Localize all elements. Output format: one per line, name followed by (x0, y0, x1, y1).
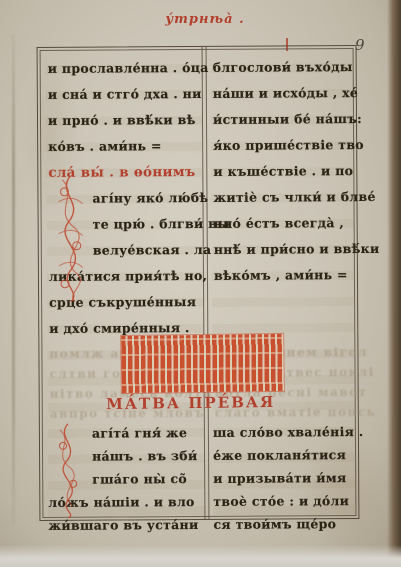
text-line: вѣко́мъ , ами́нь = (214, 262, 355, 289)
text-line: нно́ е́стъ всегда̀ , (214, 210, 355, 237)
manuscript-photo: у́трнѣа̀ . 9 и прославле́нна . о́ца и сн… (0, 0, 401, 567)
text-line: и къше́ствіе . и по (213, 158, 354, 185)
prayer-heading: ма́тва пре́вая (106, 393, 276, 413)
vyaz-headpiece-ornament (121, 334, 284, 393)
text-line: блгослови́ въхо́ды (213, 54, 354, 81)
text-line: твоѐ сто́е : и до́ли (213, 489, 356, 513)
text-line: на́ши и исхо́ды , хе́ (213, 80, 354, 107)
right-column: блгослови́ въхо́ды на́ши и исхо́ды , хе́… (211, 46, 357, 519)
interlaced-initial-ornament (50, 172, 91, 304)
text-line: и́стинныи бе́ на́шъ: (213, 106, 354, 133)
running-header: у́трнѣа̀ . (130, 12, 280, 27)
folio-number: 9 (355, 36, 375, 54)
text-line: я́ко прише́ствіе тво (213, 132, 354, 159)
text-line: и прославле́нна . о́ца (48, 55, 202, 82)
right-column-text: блгослови́ въхо́ды на́ши и исхо́ды , хе́… (213, 54, 355, 289)
text-line: ся твои́мъ ще́ро (213, 512, 356, 536)
text-line: и сна́ и стго́ дха . ни (48, 81, 202, 108)
photo-bottom-surface (0, 545, 401, 567)
text-line: ша сло́во хвале́нія . (213, 420, 356, 444)
left-column: и прославле́нна . о́ца и сна́ и стго́ дх… (46, 47, 205, 520)
book-fore-edge (387, 0, 401, 567)
text-line: и призыва́ти и́мя (213, 466, 356, 490)
page-crease (12, 34, 15, 524)
text-line: ннѣ́ и при́сно и ввѣ́ки (214, 236, 355, 263)
text-line: житіѐ съ члки́ и блве́ (213, 184, 354, 211)
text-line: ко́въ . ами́нь = (48, 133, 202, 160)
ruled-text-frame: и прославле́нна . о́ца и сна́ и стго́ дх… (37, 45, 360, 521)
text-line: е́же покланя́тися (213, 443, 356, 467)
text-line: и прно́ . и ввѣ́ки вѣ (48, 107, 202, 134)
interlaced-initial-small-ornament (50, 420, 87, 520)
right-column-lower-text: ша сло́во хвале́нія . е́же покланя́тися … (213, 420, 357, 536)
